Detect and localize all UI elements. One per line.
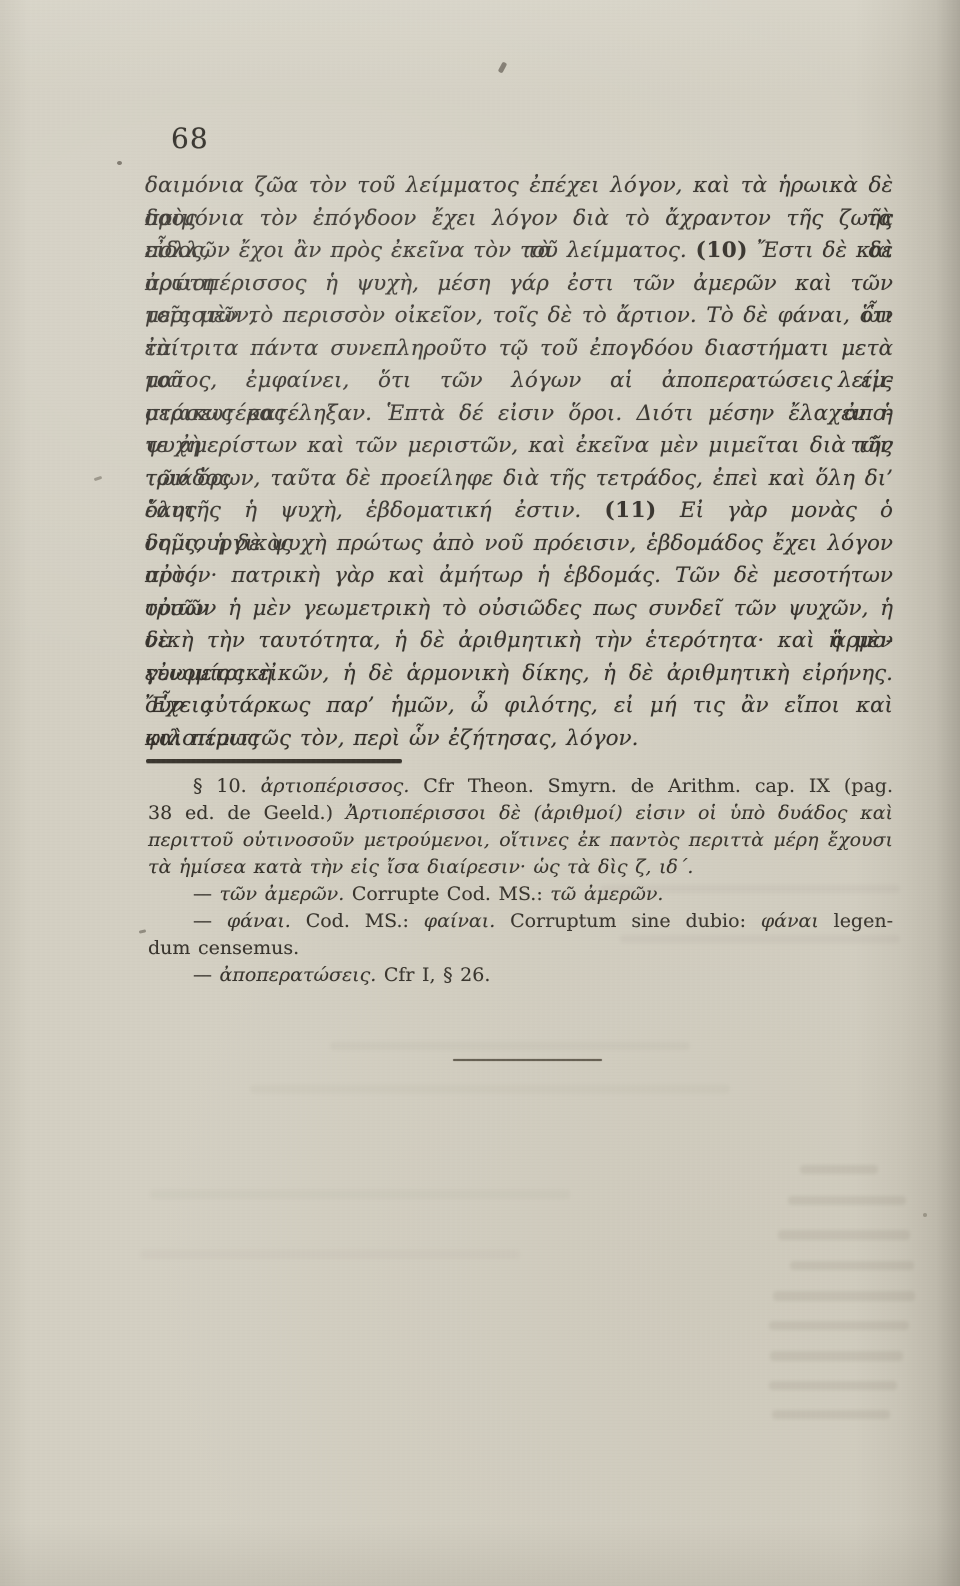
- text-segment: —: [193, 883, 220, 905]
- text-line: ματος, ἐμφαίνει, ὅτι τῶν λόγων αἱ ἀποπερ…: [145, 365, 893, 398]
- text-segment: φάναι: [761, 910, 819, 932]
- text-segment: ἑαυτῆς ἡ ψυχὴ, ἑβδοματική ἐστιν.: [145, 498, 604, 523]
- ink-speck: [923, 1213, 927, 1217]
- text-line: νικὴ τὴν ταυτότητα, ἡ δὲ ἀριθμητικὴ τὴν …: [145, 625, 893, 658]
- text-line: 38 ed. de Geeld.) Ἀρτιοπέρισσοι δὲ (ἀριθ…: [148, 800, 893, 827]
- text-line: νοῦς, ἡ δὲ ψυχὴ πρώτως ἀπὸ νοῦ πρόεισιν,…: [145, 528, 893, 561]
- bleedthrough-smudge: [790, 1261, 914, 1270]
- bleedthrough-smudge: [800, 1165, 878, 1174]
- text-line: δαιμόνια τὸν ἐπόγδοον ἔχει λόγον διὰ τὸ …: [145, 203, 893, 236]
- text-line: τῶν ὅρων, ταῦτα δὲ προείληφε διὰ τῆς τετ…: [145, 463, 893, 496]
- ink-speck: [117, 161, 122, 165]
- text-line: πολλῶν ἔχοι ἂν πρὸς ἐκεῖνα τὸν τοῦ λείμμ…: [145, 235, 893, 268]
- text-segment: τῶν ἀμερῶν.: [220, 883, 345, 905]
- bleedthrough-smudge: [620, 935, 900, 943]
- text-line: — φάναι. Cod. MS.: φαίναι. Corruptum sin…: [148, 908, 893, 935]
- text-segment: Corruptum sine dubio:: [495, 910, 761, 932]
- bleedthrough-smudge: [769, 1321, 909, 1330]
- text-line: οὐσῶν ἡ μὲν γεωμετρικὴ τὸ οὐσιῶδες πως σ…: [145, 593, 893, 626]
- paragraph-number: (10): [696, 238, 748, 263]
- text-segment: dum censemus.: [148, 937, 299, 959]
- text-line: καὶ περιττῶς τὸν, περὶ ὧν ἐζήτησας, λόγο…: [145, 723, 893, 756]
- text-segment: —: [193, 964, 220, 986]
- bleedthrough-smudge: [250, 1085, 730, 1093]
- text-segment: Ἀρτιοπέρισσοι δὲ (ἀριθμοί) εἰσιν οἱ ὑπὸ …: [346, 802, 893, 824]
- text-segment: Cod. MS.:: [291, 910, 424, 932]
- ink-speck: [139, 929, 146, 933]
- text-line: οὖν αὐτάρκως παρ’ ἡμῶν, ὦ φιλότης, εἰ μή…: [145, 690, 893, 723]
- text-segment: φαίναι.: [424, 910, 495, 932]
- text-line: περιττοῦ οὑτινοσοῦν μετρούμενοι, οἵτινες…: [148, 827, 893, 854]
- text-line: αὐτόν· πατρικὴ γὰρ καὶ ἀμήτωρ ἡ ἑβδομάς.…: [145, 560, 893, 593]
- main-text-block: δαιμόνια ζῶα τὸν τοῦ λείμματος ἐπέχει λό…: [145, 170, 893, 755]
- text-line: — ἀποπερατώσεις. Cfr I, § 26.: [148, 962, 893, 989]
- text-segment: καὶ περιττῶς τὸν, περὶ ὧν ἐζήτησας, λόγο…: [145, 726, 638, 751]
- bleedthrough-smudge: [788, 1196, 906, 1205]
- text-segment: Cfr Theon. Smyrn. de Arithm. cap. IX (pa…: [409, 775, 893, 797]
- text-line: ἐπίτριτα πάντα συνεπληροῦτο τῷ τοῦ ἐπογδ…: [145, 333, 893, 366]
- ink-speck: [94, 476, 103, 481]
- text-segment: Cfr I, § 26.: [376, 964, 490, 986]
- text-line: ἑαυτῆς ἡ ψυχὴ, ἑβδοματική ἐστιν. (11) Εἰ…: [145, 495, 893, 528]
- text-segment: § 10.: [193, 775, 261, 797]
- text-line: δαιμόνια ζῶα τὸν τοῦ λείμματος ἐπέχει λό…: [145, 170, 893, 203]
- footnote-separator-rule: [146, 759, 402, 763]
- text-segment: Corrupte Cod. MS.:: [344, 883, 550, 905]
- text-segment: πολλῶν ἔχοι ἂν πρὸς ἐκεῖνα τὸν τοῦ λείμμ…: [145, 238, 696, 263]
- text-segment: —: [193, 910, 227, 932]
- text-segment: ἀρτιοπέρισσος.: [261, 775, 410, 797]
- text-line: τοῖς μὲν τὸ περισσὸν οἰκεῖον, τοῖς δὲ τὸ…: [145, 300, 893, 333]
- text-line: ἀρτιοπέρισσος ἡ ψυχὴ, μέση γάρ ἐστι τῶν …: [145, 268, 893, 301]
- ink-speck: [498, 61, 508, 73]
- text-segment: legen-: [819, 910, 893, 932]
- section-end-rule: [453, 1059, 602, 1061]
- bleedthrough-smudge: [150, 1190, 570, 1199]
- bleedthrough-smudge: [778, 1230, 910, 1240]
- footnotes-block: § 10. ἀρτιοπέρισσος. Cfr Theon. Smyrn. d…: [148, 773, 893, 989]
- text-segment: ἀποπερατώσεις.: [220, 964, 377, 986]
- text-segment: 38 ed. de Geeld.): [148, 802, 346, 824]
- text-segment: τὰ ἡμίσεα κατὰ τὴν εἰς ἴσα διαίρεσιν· ὡς…: [148, 856, 693, 878]
- text-line: τε ἀμερίστων καὶ τῶν μεριστῶν, καὶ ἐκεῖν…: [145, 430, 893, 463]
- bleedthrough-smudge: [773, 1291, 915, 1301]
- bleedthrough-smudge: [772, 1410, 890, 1419]
- bleedthrough-smudge: [330, 1042, 690, 1050]
- text-line: στάσεις κατέληξαν. Ἑπτὰ δέ εἰσιν ὅροι. Δ…: [145, 398, 893, 431]
- text-line: τὰ ἡμίσεα κατὰ τὴν εἰς ἴσα διαίρεσιν· ὡς…: [148, 854, 893, 881]
- bleedthrough-smudge: [770, 1351, 903, 1361]
- page-number: 68: [171, 122, 209, 155]
- scanned-book-page: 68 δαιμόνια ζῶα τὸν τοῦ λείμματος ἐπέχει…: [0, 0, 960, 1586]
- text-line: εὐνομίας εἰκῶν, ἡ δὲ ἁρμονικὴ δίκης, ἡ δ…: [145, 658, 893, 691]
- paragraph-number: (11): [604, 498, 656, 523]
- bleedthrough-smudge: [600, 885, 900, 893]
- bleedthrough-smudge: [769, 1381, 897, 1390]
- text-segment: περιττοῦ οὑτινοσοῦν μετρούμενοι, οἵτινες…: [148, 829, 893, 851]
- bleedthrough-smudge: [140, 1250, 520, 1259]
- text-segment: φάναι.: [227, 910, 291, 932]
- text-line: § 10. ἀρτιοπέρισσος. Cfr Theon. Smyrn. d…: [148, 773, 893, 800]
